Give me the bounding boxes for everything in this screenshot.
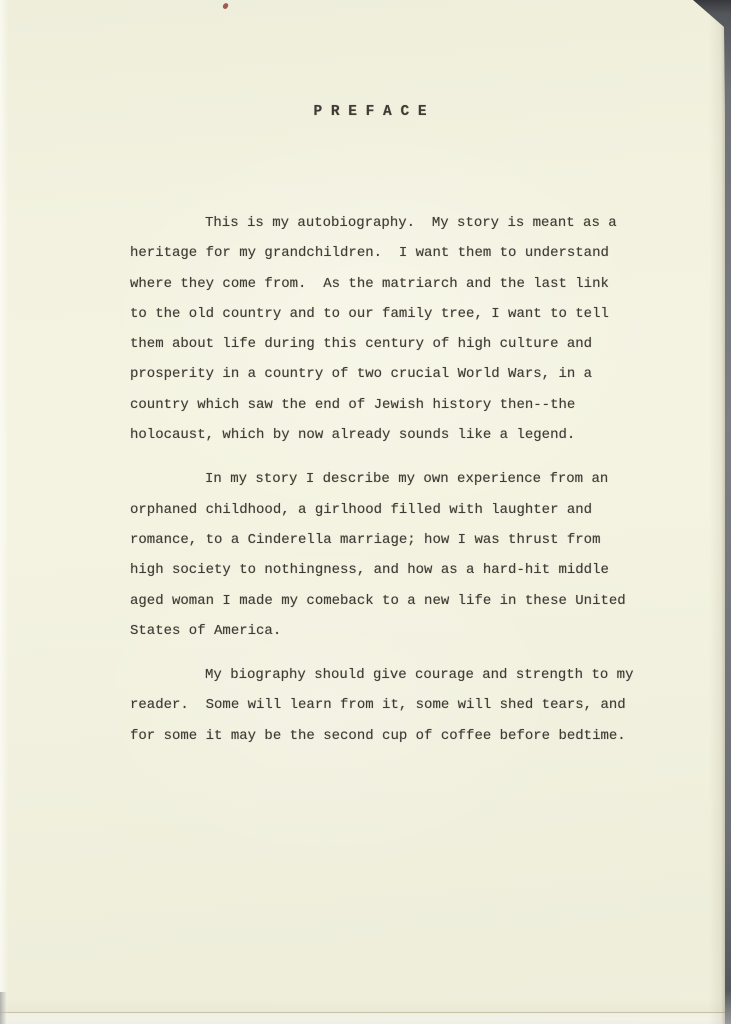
scanned-document: P R E F A C E This is my autobiography. … [0,0,731,1024]
page-title: P R E F A C E [130,103,610,121]
red-ink-mark [222,2,229,9]
scan-edge-shadow [0,992,7,1024]
text-line: romance, to a Cinderella marriage; how I… [130,525,670,555]
paper-sheet: P R E F A C E This is my autobiography. … [0,0,725,1024]
text-line: In my story I describe my own experience… [130,464,670,494]
text-line: orphaned childhood, a girlhood filled wi… [130,495,670,525]
text-line: States of America. [130,616,670,646]
text-line: to the old country and to our family tre… [130,299,670,329]
text-line: high society to nothingness, and how as … [130,555,670,585]
text-block: This is my autobiography. My story is me… [130,208,670,765]
text-line: prosperity in a country of two crucial W… [130,359,670,389]
text-line: This is my autobiography. My story is me… [130,208,670,238]
text-line: country which saw the end of Jewish hist… [130,390,670,420]
text-line: reader. Some will learn from it, some wi… [130,690,670,720]
text-line: them about life during this century of h… [130,329,670,359]
text-line: where they come from. As the matriarch a… [130,269,670,299]
text-line: holocaust, which by now already sounds l… [130,420,670,450]
text-line: My biography should give courage and str… [130,660,670,690]
text-line: for some it may be the second cup of cof… [130,721,670,751]
text-line: heritage for my grandchildren. I want th… [130,238,670,268]
scanner-platen-strip [0,1013,725,1024]
text-line: aged woman I made my comeback to a new l… [130,586,670,616]
